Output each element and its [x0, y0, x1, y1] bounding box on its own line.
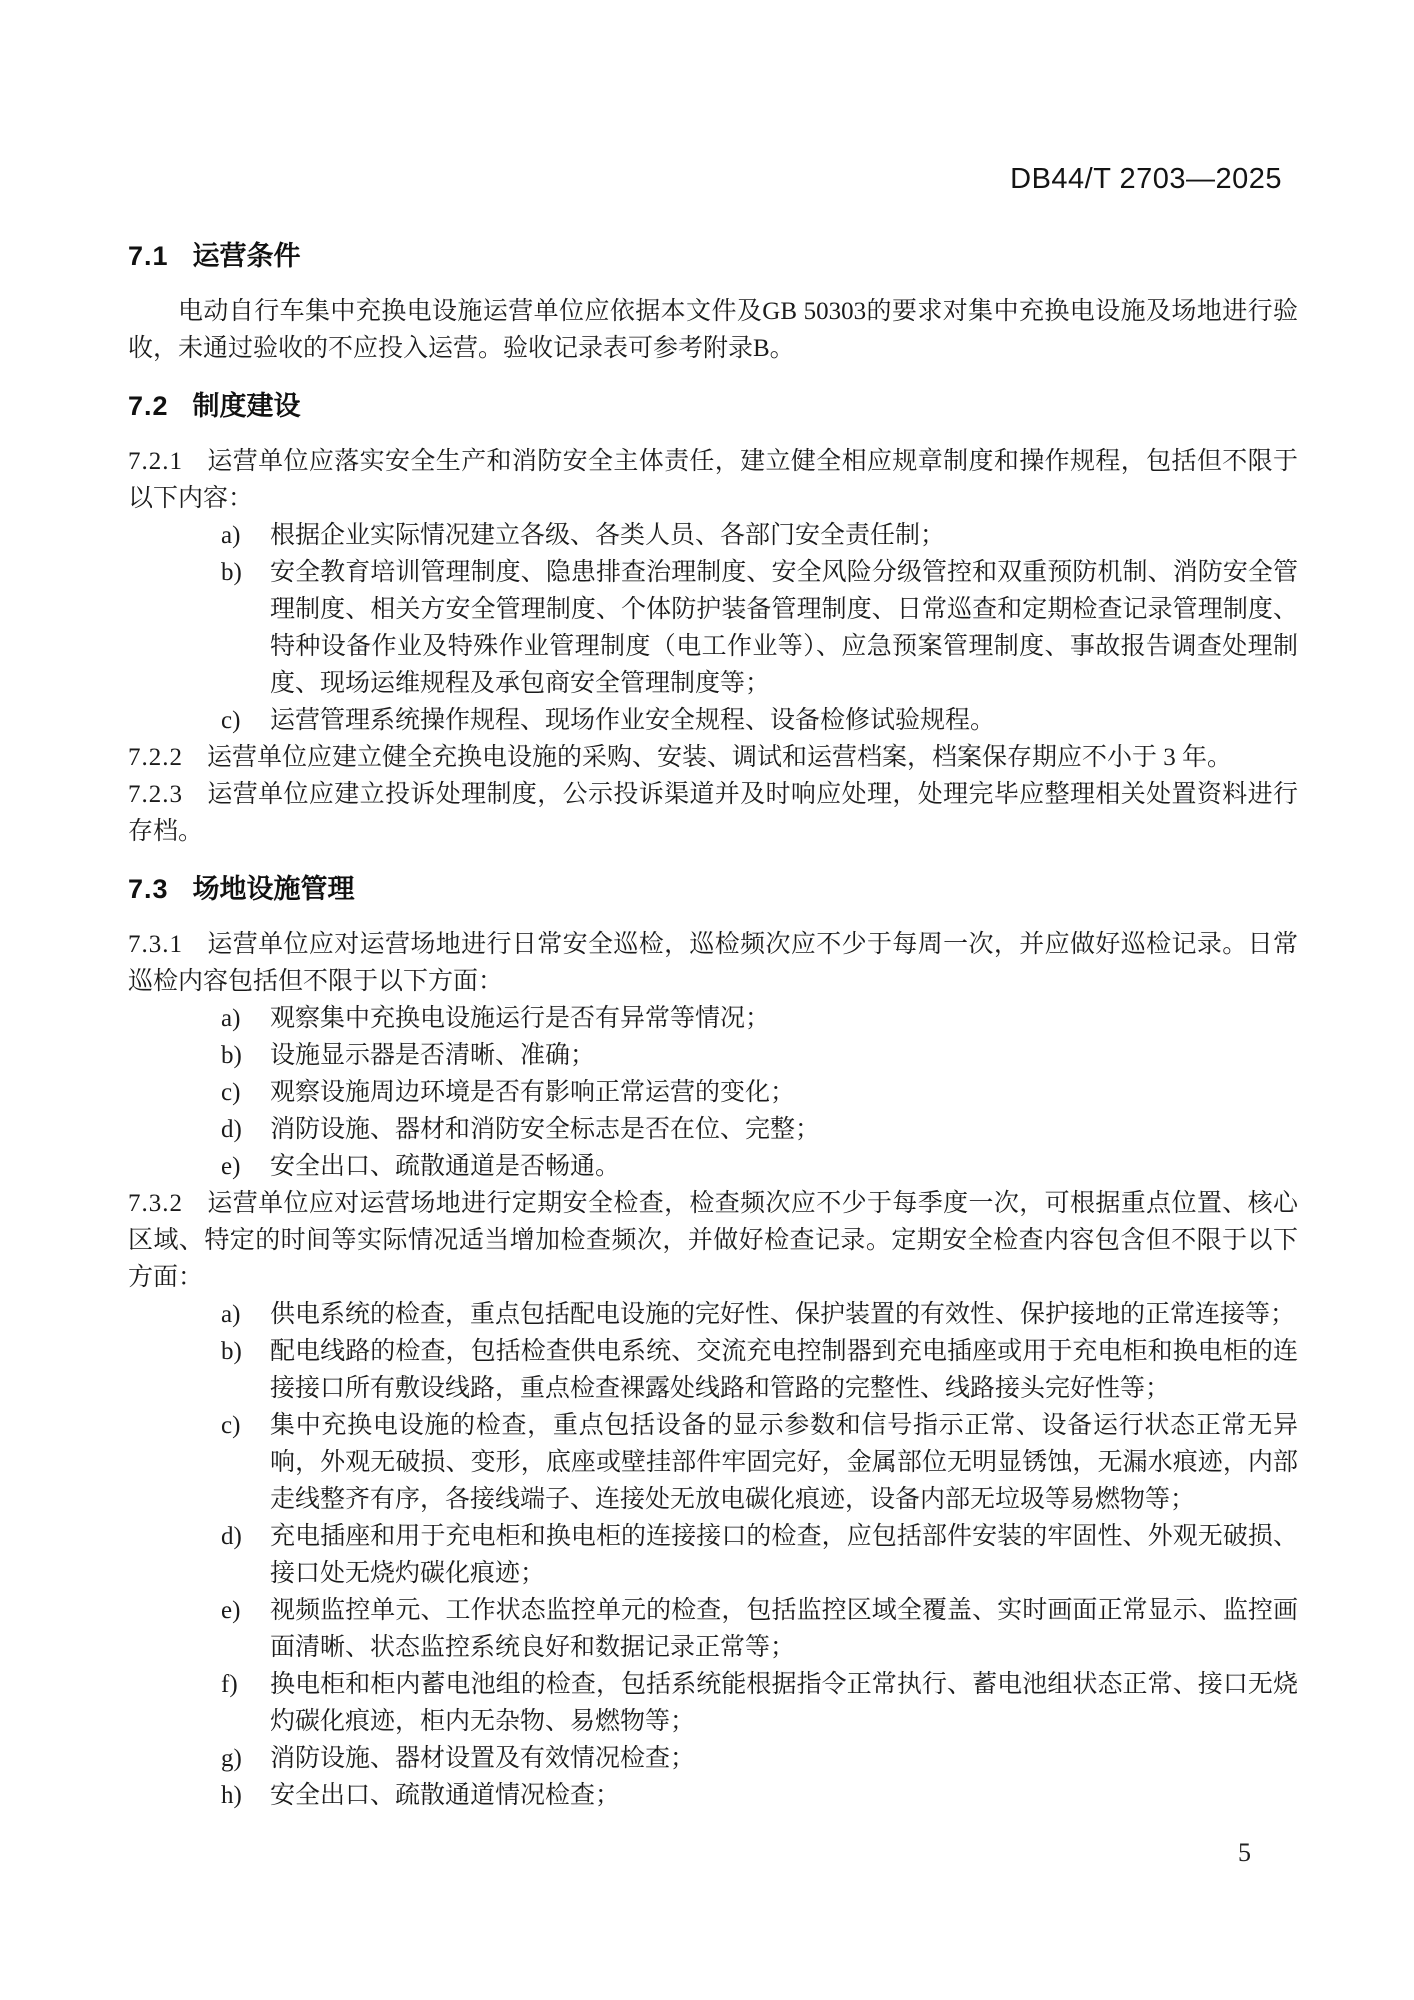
list-item: c)运营管理系统操作规程、现场作业安全规程、设备检修试验规程。: [221, 702, 1298, 739]
list-item-label: a): [221, 1296, 240, 1333]
section-title: 场地设施管理: [193, 874, 355, 904]
list-item-text: 安全出口、疏散通道情况检查；: [270, 1782, 620, 1809]
list-item-label: d): [221, 1518, 242, 1555]
list-item-label: b): [221, 1333, 242, 1370]
document-body: 7.1运营条件电动自行车集中充换电设施运营单位应依据本文件及GB 50303的要…: [128, 238, 1298, 1814]
list-item-text: 安全出口、疏散通道是否畅通。: [270, 1153, 620, 1180]
list-item: c)集中充换电设施的检查，重点包括设备的显示参数和信号指示正常、设备运行状态正常…: [221, 1407, 1298, 1518]
list-item-text: 视频监控单元、工作状态监控单元的检查，包括监控区域全覆盖、实时画面正常显示、监控…: [270, 1597, 1298, 1661]
list-item: a)供电系统的检查，重点包括配电设施的完好性、保护装置的有效性、保护接地的正常连…: [221, 1296, 1298, 1333]
list-item-label: g): [221, 1740, 242, 1777]
clause-text: 运营单位应建立投诉处理制度，公示投诉渠道并及时响应处理，处理完毕应整理相关处置资…: [128, 781, 1298, 845]
list-item-label: a): [221, 1000, 240, 1037]
clause-text: 运营单位应落实安全生产和消防安全主体责任，建立健全相应规章制度和操作规程，包括但…: [128, 448, 1298, 512]
clause-number: 7.2.3: [128, 781, 183, 808]
list-item-text: 消防设施、器材和消防安全标志是否在位、完整；: [270, 1116, 820, 1143]
list-item-label: a): [221, 517, 240, 554]
paragraph: 电动自行车集中充换电设施运营单位应依据本文件及GB 50303的要求对集中充换电…: [128, 293, 1298, 367]
list-item: d)消防设施、器材和消防安全标志是否在位、完整；: [221, 1111, 1298, 1148]
list-item-text: 观察设施周边环境是否有影响正常运营的变化；: [270, 1079, 795, 1106]
list-item-text: 消防设施、器材设置及有效情况检查；: [270, 1745, 695, 1772]
list-item-label: e): [221, 1592, 240, 1629]
list-item: h)安全出口、疏散通道情况检查；: [221, 1777, 1298, 1814]
list-item-label: c): [221, 702, 240, 739]
list-item: b)配电线路的检查，包括检查供电系统、交流充电控制器到充电插座或用于充电柜和换电…: [221, 1333, 1298, 1407]
clause-text: 运营单位应建立健全充换电设施的采购、安装、调试和运营档案，档案保存期应不小于 3…: [207, 744, 1232, 771]
clause-text: 运营单位应对运营场地进行定期安全检查，检查频次应不少于每季度一次，可根据重点位置…: [128, 1190, 1298, 1291]
clause-number: 7.3.2: [128, 1190, 183, 1217]
clause-text: 运营单位应对运营场地进行日常安全巡检，巡检频次应不少于每周一次，并应做好巡检记录…: [128, 931, 1298, 995]
list-item: e)安全出口、疏散通道是否畅通。: [221, 1148, 1298, 1185]
page-number: 5: [1238, 1838, 1251, 1868]
list-item-label: b): [221, 1037, 242, 1074]
clause-number: 7.3.1: [128, 931, 183, 958]
clause: 7.2.3运营单位应建立投诉处理制度，公示投诉渠道并及时响应处理，处理完毕应整理…: [128, 776, 1298, 850]
list-item-label: c): [221, 1407, 240, 1444]
list-item: b)设施显示器是否清晰、准确；: [221, 1037, 1298, 1074]
section-title: 运营条件: [193, 241, 301, 271]
list-item-label: b): [221, 554, 242, 591]
list-item-text: 供电系统的检查，重点包括配电设施的完好性、保护装置的有效性、保护接地的正常连接等…: [270, 1301, 1295, 1328]
list-item: c)观察设施周边环境是否有影响正常运营的变化；: [221, 1074, 1298, 1111]
list-item: b)安全教育培训管理制度、隐患排查治理制度、安全风险分级管控和双重预防机制、消防…: [221, 554, 1298, 702]
list-item: f)换电柜和柜内蓄电池组的检查，包括系统能根据指令正常执行、蓄电池组状态正常、接…: [221, 1666, 1298, 1740]
section-title: 制度建设: [193, 391, 301, 421]
list-item: a)观察集中充换电设施运行是否有异常等情况；: [221, 1000, 1298, 1037]
section-number: 7.1: [128, 241, 169, 271]
section-heading: 7.2制度建设: [128, 388, 1298, 425]
list-item: d)充电插座和用于充电柜和换电柜的连接接口的检查，应包括部件安装的牢固性、外观无…: [221, 1518, 1298, 1592]
list-item-text: 设施显示器是否清晰、准确；: [270, 1042, 595, 1069]
document-code: DB44/T 2703—2025: [1010, 163, 1282, 196]
clause: 7.3.1运营单位应对运营场地进行日常安全巡检，巡检频次应不少于每周一次，并应做…: [128, 926, 1298, 1000]
document-page: DB44/T 2703—2025 7.1运营条件电动自行车集中充换电设施运营单位…: [0, 0, 1414, 2000]
list-item-text: 观察集中充换电设施运行是否有异常等情况；: [270, 1005, 770, 1032]
section-number: 7.3: [128, 874, 169, 904]
list-item-text: 换电柜和柜内蓄电池组的检查，包括系统能根据指令正常执行、蓄电池组状态正常、接口无…: [270, 1671, 1298, 1735]
clause-number: 7.2.1: [128, 448, 183, 475]
section-heading: 7.1运营条件: [128, 238, 1298, 275]
clause: 7.2.1运营单位应落实安全生产和消防安全主体责任，建立健全相应规章制度和操作规…: [128, 443, 1298, 517]
list-item-label: f): [221, 1666, 238, 1703]
list-item-label: e): [221, 1148, 240, 1185]
list-item-text: 配电线路的检查，包括检查供电系统、交流充电控制器到充电插座或用于充电柜和换电柜的…: [270, 1338, 1298, 1402]
list-item-text: 根据企业实际情况建立各级、各类人员、各部门安全责任制；: [270, 522, 945, 549]
list-item-label: d): [221, 1111, 242, 1148]
section-heading: 7.3场地设施管理: [128, 871, 1298, 908]
list-item-text: 运营管理系统操作规程、现场作业安全规程、设备检修试验规程。: [270, 707, 995, 734]
list-item-text: 集中充换电设施的检查，重点包括设备的显示参数和信号指示正常、设备运行状态正常无异…: [270, 1412, 1298, 1513]
list-item-label: c): [221, 1074, 240, 1111]
clause: 7.3.2运营单位应对运营场地进行定期安全检查，检查频次应不少于每季度一次，可根…: [128, 1185, 1298, 1296]
list-item-text: 充电插座和用于充电柜和换电柜的连接接口的检查，应包括部件安装的牢固性、外观无破损…: [270, 1523, 1298, 1587]
clause: 7.2.2运营单位应建立健全充换电设施的采购、安装、调试和运营档案，档案保存期应…: [128, 739, 1298, 776]
list-item: a)根据企业实际情况建立各级、各类人员、各部门安全责任制；: [221, 517, 1298, 554]
list-item-text: 安全教育培训管理制度、隐患排查治理制度、安全风险分级管控和双重预防机制、消防安全…: [270, 559, 1298, 697]
clause-number: 7.2.2: [128, 744, 183, 771]
list-item: e)视频监控单元、工作状态监控单元的检查，包括监控区域全覆盖、实时画面正常显示、…: [221, 1592, 1298, 1666]
list-item-label: h): [221, 1777, 242, 1814]
section-number: 7.2: [128, 391, 169, 421]
list-item: g)消防设施、器材设置及有效情况检查；: [221, 1740, 1298, 1777]
